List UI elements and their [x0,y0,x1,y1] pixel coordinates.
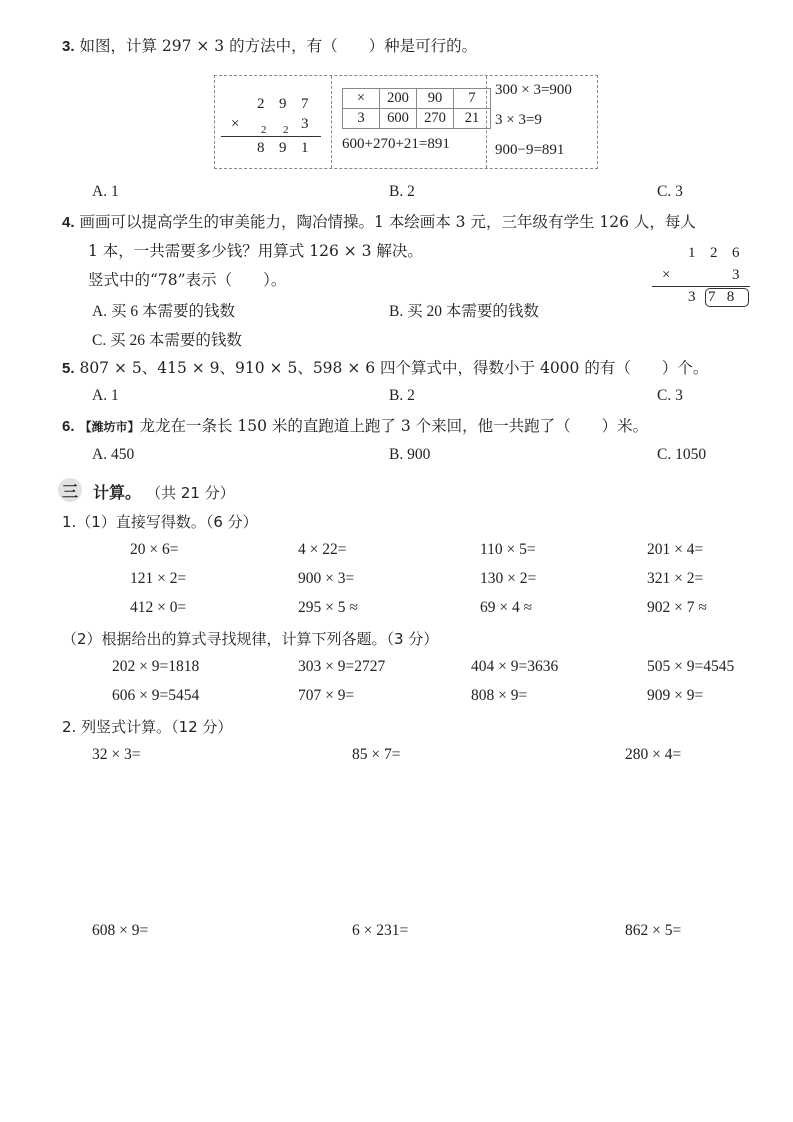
expression: 280 × 4= [625,746,681,764]
carry-digit: 2 [261,124,267,136]
expression: 69 × 4 ≈ [480,599,532,617]
table-cell: 7 [454,89,491,109]
digit: 2 [257,96,265,113]
digit: 8 [257,140,265,157]
question-3: 3. 如图，计算 297 × 3 的方法中，有（ ）种是可行的。 [62,36,477,57]
digit: 8 [727,289,735,305]
question-4: 4. 画画可以提高学生的审美能力，陶冶情操。1 本绘画本 3 元，三年级有学生 … [62,212,696,233]
part1-label: 1.（1）直接写得数。（6 分） [62,511,258,532]
q5-option-c[interactable]: C. 3 [657,387,683,405]
expression: 295 × 5 ≈ [298,599,358,617]
method-estimation: 300 × 3=900 3 × 3=9 900−9=891 [486,76,597,168]
q4-option-a[interactable]: A. 买 6 本需要的钱数 [92,299,235,321]
q4-vertical-multiplication: 1 2 6 × 3 3 7 8 [650,245,760,305]
question-number: 4. [62,214,75,231]
question-5: 5. 807 × 5、415 × 9、910 × 5、598 × 6 四个算式中… [62,358,708,379]
carry-digit: 2 [283,124,289,136]
section-number-icon: 三 [58,478,82,502]
table-cell: 90 [417,89,454,109]
q2-label: 2. 列竖式计算。（12 分） [62,716,232,737]
digit: 6 [732,245,740,262]
digit: 7 [708,289,716,305]
q3-option-a[interactable]: A. 1 [92,183,119,201]
digit: 3 [301,116,309,133]
expression: 404 × 9=3636 [471,658,558,676]
question-number: 5. [62,360,75,377]
expression: 201 × 4= [647,541,703,559]
digit: 9 [279,96,287,113]
expression: 303 × 9=2727 [298,658,385,676]
divider-line [221,136,321,137]
section-heading: 计算。 （共 21 分） [93,480,235,503]
q3-figure: 2 9 7 × 2 2 3 8 9 1 × 200 90 7 3 600 270… [214,75,598,169]
q6-option-a[interactable]: A. 450 [92,446,134,464]
digit: 3 [732,267,740,284]
step: 300 × 3=900 [495,82,572,99]
expression: 505 × 9=4545 [647,658,734,676]
question-number: 6. [62,418,75,435]
question-text: 如图，计算 297 × 3 的方法中，有（ ）种是可行的。 [79,37,477,55]
q6-option-b[interactable]: B. 900 [389,446,430,464]
digit: 9 [279,140,287,157]
method-vertical: 2 9 7 × 2 2 3 8 9 1 [215,76,331,168]
expression: 4 × 22= [298,541,346,559]
multiplication-table: × 200 90 7 3 600 270 21 [342,88,491,129]
expression: 202 × 9=1818 [112,658,199,676]
expression: 608 × 9= [92,922,148,940]
table-cell: 600 [380,109,417,129]
step: 3 × 3=9 [495,112,542,129]
question-text: 龙龙在一条长 150 米的直跑道上跑了 3 个来回，他一共跑了（ ）米。 [139,417,648,435]
digit: 3 [688,289,696,306]
section-points: （共 21 分） [146,484,235,502]
digit: 7 [301,96,309,113]
expression: 900 × 3= [298,570,354,588]
multiply-sign: × [231,116,239,133]
table-cell: 3 [343,109,380,129]
question-number: 3. [62,38,75,55]
highlight-box-78: 7 8 [705,288,749,307]
q5-option-a[interactable]: A. 1 [92,387,119,405]
digit: 1 [301,140,309,157]
divider-line [652,286,750,287]
digit: 1 [688,245,696,262]
expression: 902 × 7 ≈ [647,599,707,617]
expression: 321 × 2= [647,570,703,588]
table-cell: 270 [417,109,454,129]
question-6: 6. 【潍坊市】龙龙在一条长 150 米的直跑道上跑了 3 个来回，他一共跑了（… [62,416,648,437]
expression: 606 × 9=5454 [112,687,199,705]
q4-option-b[interactable]: B. 买 20 本需要的钱数 [389,299,539,321]
expression: 707 × 9= [298,687,354,705]
part2-label: （2）根据给出的算式寻找规律，计算下列各题。（3 分） [62,628,438,649]
q3-option-c[interactable]: C. 3 [657,183,683,201]
expression: 20 × 6= [130,541,178,559]
expression: 130 × 2= [480,570,536,588]
expression: 85 × 7= [352,746,400,764]
q5-option-b[interactable]: B. 2 [389,387,415,405]
multiply-sign: × [662,267,670,284]
table-cell: 21 [454,109,491,129]
section-title: 计算。 [93,483,141,502]
table-cell: × [343,89,380,109]
expression: 121 × 2= [130,570,186,588]
question-text-line1: 画画可以提高学生的审美能力，陶冶情操。1 本绘画本 3 元，三年级有学生 126… [79,213,695,231]
expression: 32 × 3= [92,746,140,764]
method-table: × 200 90 7 3 600 270 21 600+270+21=891 [331,76,486,168]
question-text-line2: 1 本，一共需要多少钱？用算式 126 × 3 解决。 [88,241,423,261]
expression: 412 × 0= [130,599,186,617]
q6-option-c[interactable]: C. 1050 [657,446,706,464]
expression: 862 × 5= [625,922,681,940]
expression: 110 × 5= [480,541,536,559]
expression: 6 × 231= [352,922,408,940]
expression: 808 × 9= [471,687,527,705]
question-text: 807 × 5、415 × 9、910 × 5、598 × 6 四个算式中，得数… [79,359,708,377]
question-text-line3: 竖式中的“78”表示（ ）。 [88,270,286,290]
q4-option-c[interactable]: C. 买 26 本需要的钱数 [92,328,242,350]
expression: 909 × 9= [647,687,703,705]
sum-expression: 600+270+21=891 [342,136,450,153]
q3-option-b[interactable]: B. 2 [389,183,415,201]
digit: 2 [710,245,718,262]
city-tag: 【潍坊市】 [79,420,139,434]
step: 900−9=891 [495,142,564,159]
table-cell: 200 [380,89,417,109]
